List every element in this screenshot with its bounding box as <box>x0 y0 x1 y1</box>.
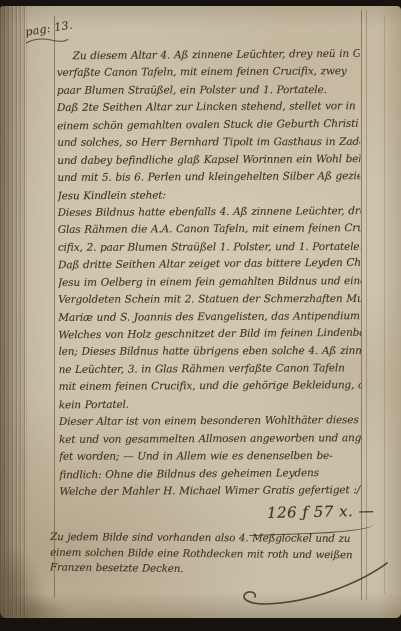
manuscript-line: Mariæ und S. Joannis des Evangelisten, d… <box>58 308 361 327</box>
sum-amount: 126 ƒ 57 x. — <box>238 502 374 523</box>
manuscript-line: ket und von gesammelten Allmosen angewor… <box>59 430 362 449</box>
page-edge-line <box>384 16 385 594</box>
manuscript-line: mit einem feinen Crucifix, und die gehör… <box>59 377 362 396</box>
manuscript-line: Welches von Holz geschnitzet der Bild im… <box>58 325 361 345</box>
manuscript-line: und dabey befindliche glaß Kapsel Worinn… <box>57 151 360 170</box>
margin-rule-left <box>54 16 55 598</box>
manuscript-line: Jesu im Oelberg in einem fein gemahlten … <box>58 273 361 292</box>
manuscript-line: paar Blumen Straüßel, ein Polster und 1.… <box>57 82 360 100</box>
paper-sheet: pag: 13. Zu diesem Altar 4. Aß zinnene L… <box>0 6 401 618</box>
manuscript-line: Zu jedem Bilde sind vorhanden also 4. Me… <box>50 530 368 548</box>
page-number-underline-flourish <box>25 36 69 46</box>
manuscript-line: und mit 5. bis 6. Perlen und kleingehelt… <box>57 168 360 187</box>
manuscript-line: Dieser Altar ist von einem besonderen Wo… <box>59 412 362 431</box>
manuscript-line: findlich: Ohne die Bildnus des geheimen … <box>59 464 362 484</box>
closing-flourish <box>235 551 393 613</box>
manuscript-line: Glas Rähmen die A.A. Canon Tafeln, mit e… <box>58 220 361 239</box>
manuscript-line: kein Portatel. <box>59 394 362 414</box>
manuscript-text-block: Zu diesem Altar 4. Aß zinnene Leüchter, … <box>57 46 363 508</box>
manuscript-line: Jesu Kindlein stehet: <box>57 185 360 205</box>
manuscript-line: Daß dritte Seithen Altar zeiget vor das … <box>58 255 361 275</box>
manuscript-line: Vergoldeten Schein mit 2. Statuen der Sc… <box>58 291 361 309</box>
manuscript-line: Welche der Mahler H. Michael Wimer Grati… <box>59 482 362 501</box>
manuscript-line: einem schön gemahlten ovalen Stuck die G… <box>57 115 360 135</box>
manuscript-line: und solches, so Herr Bernhard Tipolt im … <box>57 134 360 152</box>
manuscript-line: len; Dieses Bildnus hatte übrigens eben … <box>58 343 361 361</box>
manuscript-line: fet worden; — Und in Allem wie es denens… <box>59 448 362 466</box>
manuscript-line: Daß 2te Seithen Altar zur Lincken stehen… <box>57 98 360 117</box>
manuscript-scan: { "page": { "pag_label": "pag: 13.", "pa… <box>0 0 401 631</box>
manuscript-line: Zu diesem Altar 4. Aß zinnene Leüchter, … <box>57 46 360 66</box>
manuscript-line: ne Leüchter, 3. in Glas Rähmen verfaßte … <box>59 360 362 379</box>
manuscript-line: Dieses Bildnus hatte ebenfalls 4. Aß zin… <box>58 203 361 222</box>
manuscript-line: verfaßte Canon Tafeln, mit einem feinen … <box>57 64 360 83</box>
